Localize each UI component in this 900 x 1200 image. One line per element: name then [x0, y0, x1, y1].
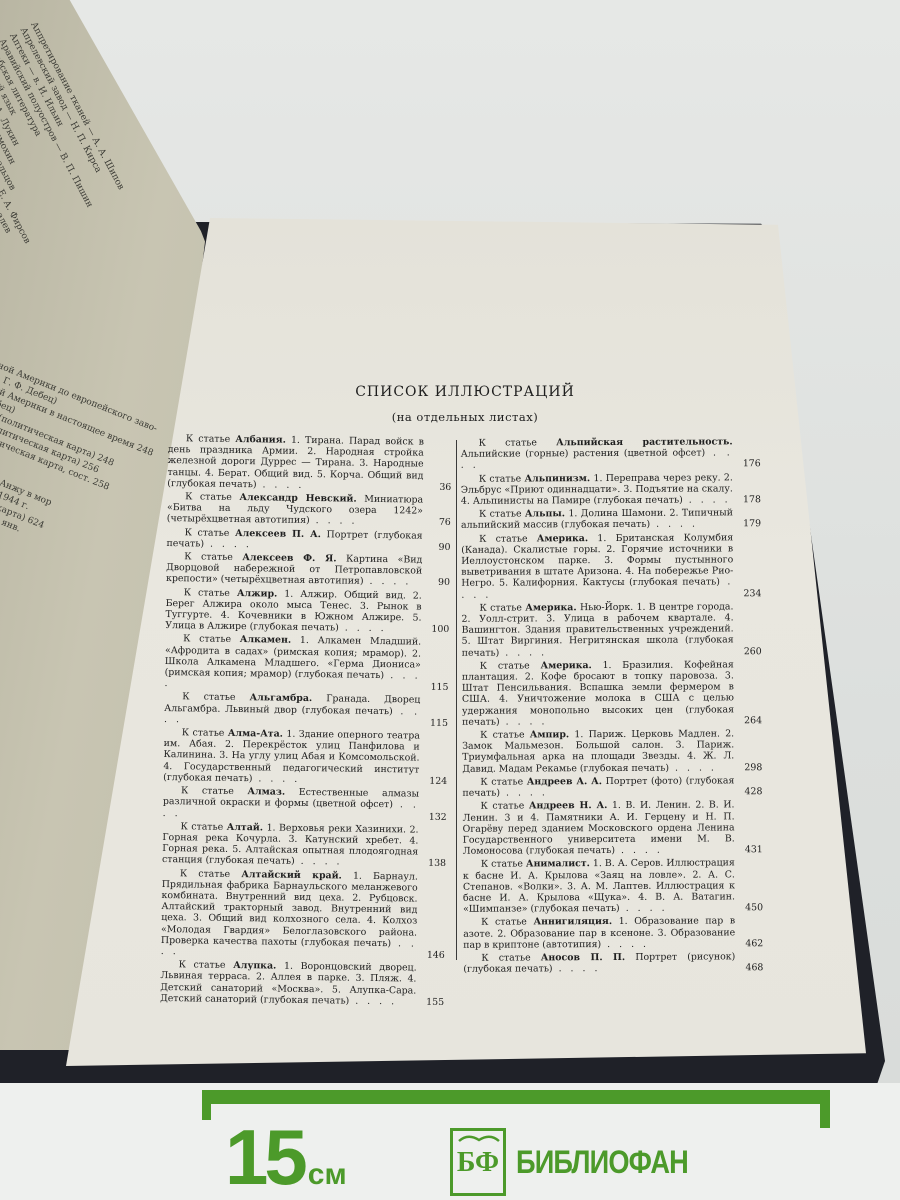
entry-page-number: 76 [439, 517, 451, 528]
ruler-size-number: 15 [225, 1113, 304, 1200]
ruler-bar [202, 1090, 830, 1104]
entry-leader-dots: . . . . [683, 494, 731, 505]
illustration-entry: К статье Алупка. 1. Воронцовский дворец.… [160, 959, 445, 1008]
entry-prefix: К статье [481, 952, 530, 963]
entry-leader-dots: . . . . [295, 856, 343, 868]
entry-page-number: 428 [745, 786, 763, 797]
entry-prefix: К статье [480, 801, 524, 812]
entry-page-number: 100 [431, 624, 449, 635]
entry-text: Альпийские (горные) растения (цветной оф… [461, 448, 706, 460]
entry-page-number: 146 [427, 950, 445, 961]
entry-prefix: К статье [180, 868, 230, 880]
entry-leader-dots: . . . . [620, 903, 668, 914]
entry-page-number: 462 [745, 938, 763, 949]
entry-page-number: 132 [429, 811, 447, 822]
entry-prefix: К статье [479, 437, 537, 448]
entry-leader-dots: . . . . [500, 787, 548, 798]
entry-leader-dots: . . . . [256, 479, 304, 491]
entry-text: 1. Барнаул. Прядильная фабрика Барнаульс… [161, 870, 418, 949]
entry-page-number: 115 [431, 682, 449, 693]
page-heading: СПИСОК ИЛЛЮСТРАЦИЙ (на отдельных листах) [340, 384, 590, 424]
illustration-entry: К статье Алмаз. Естественные алмазы разл… [163, 785, 447, 823]
entry-article: Альпы. [525, 508, 565, 519]
entry-prefix: К статье [479, 602, 522, 613]
entry-article: Ампир. [530, 729, 569, 740]
entry-leader-dots: . . . . [601, 939, 649, 950]
logo-letters: БФ [457, 1147, 499, 1178]
entry-article: Албания. [235, 434, 286, 446]
left-page-top-fragments: Аппретирование тканей — А. А. ШиповАпрел… [0, 20, 128, 257]
entry-article: Америка. [537, 533, 588, 544]
entry-leader-dots: . . . . [310, 515, 358, 527]
illustration-entry: К статье Альпы. 1. Долина Шамони. 2. Тип… [461, 507, 761, 531]
entry-page-number: 431 [745, 844, 763, 855]
entry-prefix: К статье [180, 821, 223, 833]
entry-prefix: К статье [479, 533, 527, 544]
ruler-tick-right [820, 1090, 830, 1128]
illustration-entry: К статье Аннигиляция. 1. Образование пар… [463, 916, 763, 951]
entry-leader-dots: . . . . [204, 538, 252, 550]
illustration-entry: К статье Алжир. 1. Алжир. Общий вид. 2. … [165, 587, 450, 636]
entry-page-number: 115 [430, 718, 448, 729]
entry-article: Алексеев П. А. [235, 528, 321, 540]
illustration-entry: К статье Америка. 1. Бразилия. Кофейная … [462, 659, 762, 728]
entry-article: Аносов П. П. [541, 952, 625, 963]
entry-leader-dots: . . . . [500, 716, 548, 727]
illustration-entry: К статье Анималист. 1. В. А. Серов. Иллю… [463, 858, 763, 916]
entry-prefix: К статье [480, 660, 530, 671]
entry-article: Андреев А. А. [527, 776, 602, 787]
entry-prefix: К статье [480, 730, 524, 741]
open-book-icon [457, 1131, 501, 1143]
entry-prefix: К статье [179, 959, 226, 971]
entry-prefix: К статье [480, 776, 523, 787]
entry-page-number: 468 [745, 962, 763, 973]
entry-prefix: К статье [185, 527, 230, 539]
illustration-entry: К статье Алма-Ата. 1. Здание оперного те… [163, 727, 448, 787]
entry-page-number: 178 [743, 494, 761, 505]
entry-leader-dots: . . . . [499, 647, 547, 658]
entry-leader-dots: . . . . [349, 995, 397, 1007]
entry-page-number: 450 [745, 902, 763, 913]
brand-logo-group: БФ БИБЛИОФАН [450, 1128, 718, 1196]
entry-page-number: 176 [743, 459, 761, 470]
entry-page-number: 298 [744, 762, 762, 773]
entry-prefix: К статье [479, 509, 522, 520]
illustration-entry: К статье Андреев А. А. Портрет (фото) (г… [462, 775, 762, 799]
entry-article: Америка. [540, 660, 591, 671]
entry-leader-dots: . . . . [339, 623, 387, 635]
page-title: СПИСОК ИЛЛЮСТРАЦИЙ [340, 384, 590, 400]
illustration-entry: К статье Алтайский край. 1. Барнаул. Пря… [161, 868, 446, 962]
illustration-entry: К статье Альпийская растительность. Альп… [461, 436, 761, 471]
page-subtitle: (на отдельных листах) [340, 410, 590, 424]
illustration-entry: К статье Альпинизм. 1. Переправа через р… [461, 472, 761, 507]
entry-leader-dots: . . . . [669, 762, 717, 773]
entry-page-number: 124 [429, 776, 447, 787]
entry-leader-dots: . . . . [615, 845, 663, 856]
entry-prefix: К статье [184, 551, 233, 563]
illustration-entry: К статье Алексеев Ф. Я. Картина «Вид Дво… [166, 551, 450, 589]
entry-article: Андреев Н. А. [529, 800, 608, 811]
entry-prefix: К статье [479, 473, 521, 484]
entry-article: Алжир. [237, 588, 278, 600]
illustration-entry: К статье Ампир. 1. Париж. Церковь Мадлен… [462, 728, 762, 774]
entry-prefix: К статье [183, 634, 231, 646]
entry-article: Алкамен. [240, 635, 291, 647]
entry-article: Альгамбра. [249, 693, 312, 705]
illustration-entry: К статье Америка. 1. Британская Колумбия… [461, 532, 761, 601]
entry-leader-dots: . . . . [252, 773, 300, 785]
left-page-mid-fragments: ной Америки до европейского заво-т. Г. Ф… [0, 360, 164, 582]
entry-prefix: К статье [481, 917, 527, 928]
ruler-size-unit: см [308, 1158, 347, 1191]
entry-prefix: К статье [184, 587, 230, 599]
entry-page-number: 90 [438, 577, 450, 588]
entry-page-number: 90 [438, 542, 450, 553]
entry-page-number: 36 [439, 482, 451, 493]
illustrations-column-left: К статье Албания. 1. Тирана. Парад войск… [160, 433, 452, 1010]
illustration-entry: К статье Альгамбра. Гранада. Дворец Альг… [164, 691, 448, 729]
illustration-entry: К статье Андреев Н. А. 1. В. И. Ленин. 2… [462, 800, 762, 858]
entry-prefix: К статье [185, 491, 232, 503]
illustrations-column-right: К статье Альпийская растительность. Альп… [461, 436, 764, 977]
entry-page-number: 264 [744, 715, 762, 726]
entry-leader-dots: . . . . [363, 576, 411, 588]
ruler-tick-left [202, 1090, 211, 1120]
entry-article: Анималист. [526, 858, 590, 869]
entry-page-number: 234 [743, 588, 761, 599]
entry-leader-dots: . . . . [553, 963, 601, 974]
entry-leader-dots: . . . . [650, 519, 698, 530]
entry-prefix: К статье [182, 727, 225, 739]
entry-prefix: К статье [181, 785, 234, 797]
entry-article: Аннигиляция. [533, 916, 612, 927]
illustration-entry: К статье Албания. 1. Тирана. Парад войск… [167, 433, 452, 493]
brand-name: БИБЛИОФАН [516, 1144, 688, 1181]
entry-article: Америка. [525, 602, 576, 613]
illustration-entry: К статье Алексеев П. А. Портрет (глубока… [166, 527, 450, 553]
illustration-entry: К статье Аносов П. П. Портрет (рисунок) … [463, 951, 763, 975]
entry-article: Алма-Ата. [228, 728, 283, 740]
entry-article: Альпинизм. [524, 473, 590, 484]
entry-page-number: 260 [744, 646, 762, 657]
entry-article: Алупка. [233, 960, 276, 972]
book-logo-icon: БФ [450, 1128, 506, 1196]
illustration-entry: К статье Александр Невский. Миниатюра «Б… [167, 491, 451, 529]
entry-prefix: К статье [182, 692, 235, 704]
entry-article: Алтай. [227, 822, 264, 834]
entry-prefix: К статье [481, 859, 523, 870]
illustration-entry: К статье Америка. Нью-Йорк. 1. В центре … [461, 601, 761, 659]
entry-prefix: К статье [186, 433, 230, 445]
entry-page-number: 155 [426, 996, 444, 1007]
illustration-entry: К статье Алтай. 1. Верховья реки Хазиних… [162, 821, 447, 870]
illustration-entry: К статье Алкамен. 1. Алкамен Младший. «А… [164, 633, 449, 693]
book-photo: Аппретирование тканей — А. А. ШиповАпрел… [0, 0, 900, 1200]
entry-article: Алмаз. [247, 786, 285, 798]
column-divider [456, 440, 457, 960]
ruler-size-label: 15см [225, 1118, 347, 1196]
entry-article: Альпийская растительность. [556, 436, 733, 448]
entry-page-number: 179 [743, 519, 761, 530]
entry-page-number: 138 [428, 858, 446, 869]
